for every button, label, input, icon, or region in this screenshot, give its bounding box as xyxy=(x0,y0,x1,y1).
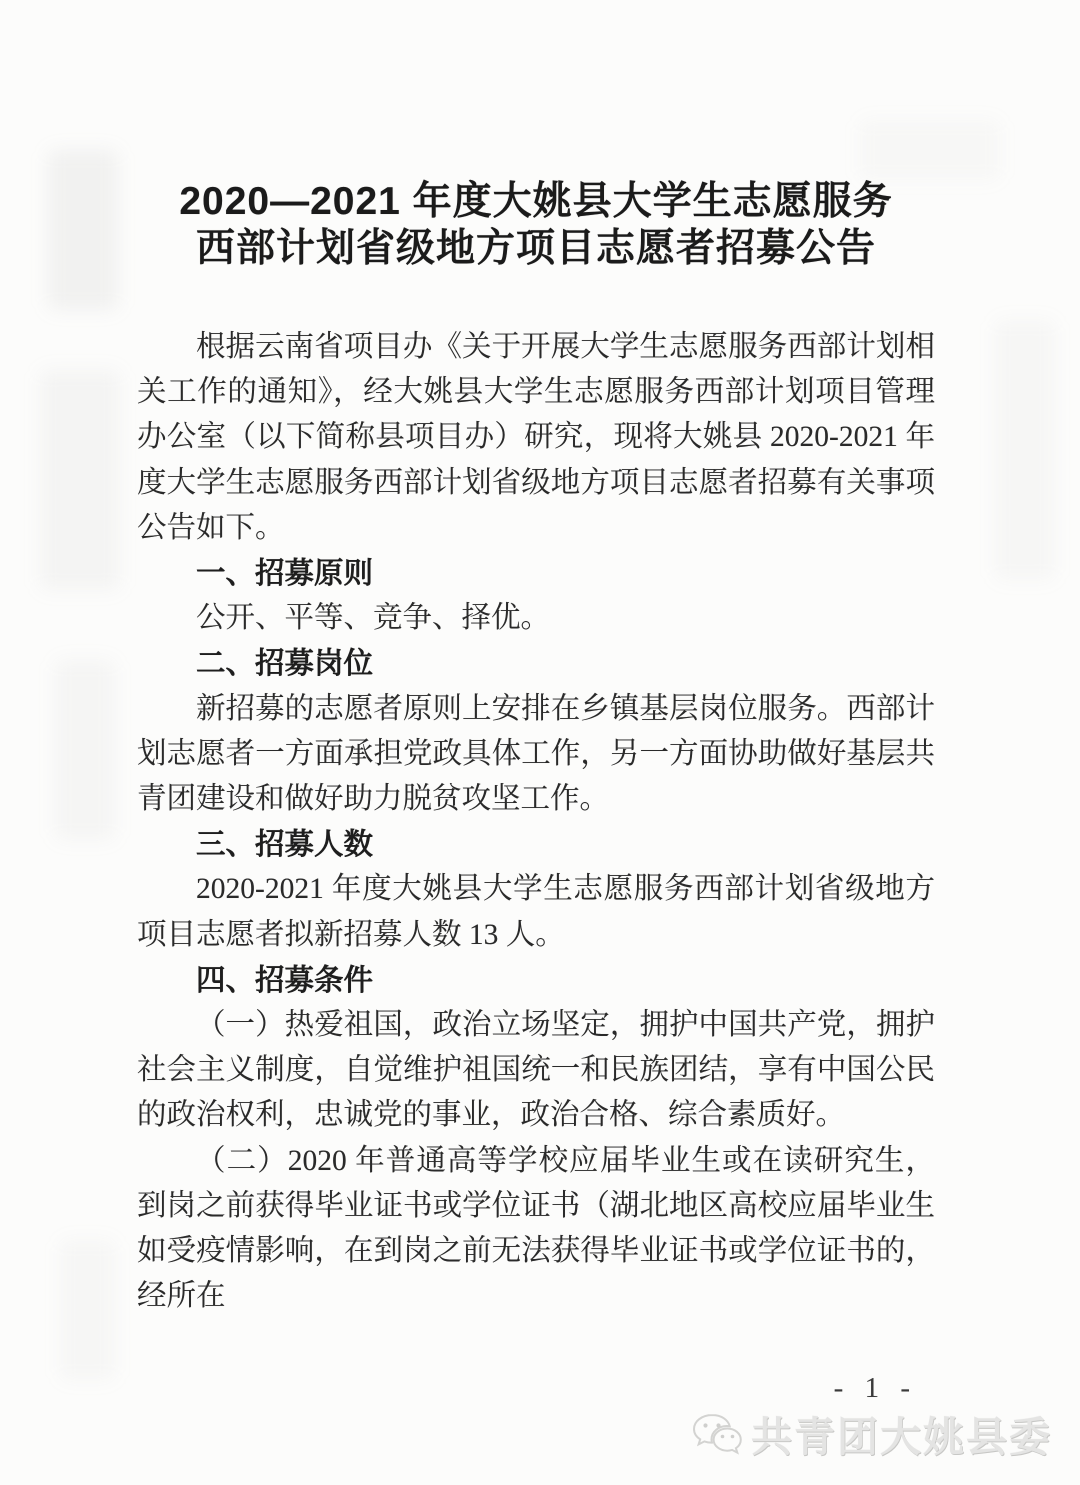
paragraph: 根据云南省项目办《关于开展大学生志愿服务西部计划相关工作的通知》，经大姚县大学生… xyxy=(137,325,935,551)
section-heading: 二、招募岗位 xyxy=(137,641,935,686)
scan-bleedthrough xyxy=(60,1240,115,1380)
page-number: - 1 - xyxy=(834,1372,917,1405)
section-heading: 四、招募条件 xyxy=(137,958,935,1003)
paragraph: 公开、平等、竞争、择优。 xyxy=(137,596,935,641)
paragraph: 新招募的志愿者原则上安排在乡镇基层岗位服务。西部计划志愿者一方面承担党政具体工作… xyxy=(137,687,935,823)
scanned-document-page: 2020—2021 年度大姚县大学生志愿服务 西部计划省级地方项目志愿者招募公告… xyxy=(0,0,1080,1485)
document-body: 根据云南省项目办《关于开展大学生志愿服务西部计划相关工作的通知》，经大姚县大学生… xyxy=(137,325,935,1319)
paragraph: （一）热爱祖国，政治立场坚定，拥护中国共产党，拥护社会主义制度，自觉维护祖国统一… xyxy=(137,1003,935,1139)
wechat-icon xyxy=(691,1412,743,1456)
watermark-text: 共青团大姚县委 xyxy=(751,1404,1052,1463)
paragraph: 2020-2021 年度大姚县大学生志愿服务西部计划省级地方项目志愿者拟新招募人… xyxy=(137,867,935,957)
watermark: 共青团大姚县委 xyxy=(691,1404,1052,1463)
section-heading: 一、招募原则 xyxy=(137,551,935,596)
document-title-line1: 2020—2021 年度大姚县大学生志愿服务 xyxy=(137,178,935,225)
scan-bleedthrough xyxy=(860,120,1000,180)
scan-bleedthrough xyxy=(40,370,120,590)
document-title-line2: 西部计划省级地方项目志愿者招募公告 xyxy=(137,225,935,272)
document-content: 2020—2021 年度大姚县大学生志愿服务 西部计划省级地方项目志愿者招募公告… xyxy=(137,178,935,1319)
scan-bleedthrough xyxy=(48,150,118,310)
paragraph: （二）2020 年普通高等学校应届毕业生或在读研究生，到岗之前获得毕业证书或学位… xyxy=(137,1139,935,1320)
scan-bleedthrough xyxy=(55,660,115,840)
section-heading: 三、招募人数 xyxy=(137,822,935,867)
scan-bleedthrough xyxy=(995,320,1055,580)
document-title: 2020—2021 年度大姚县大学生志愿服务 西部计划省级地方项目志愿者招募公告 xyxy=(137,178,935,272)
